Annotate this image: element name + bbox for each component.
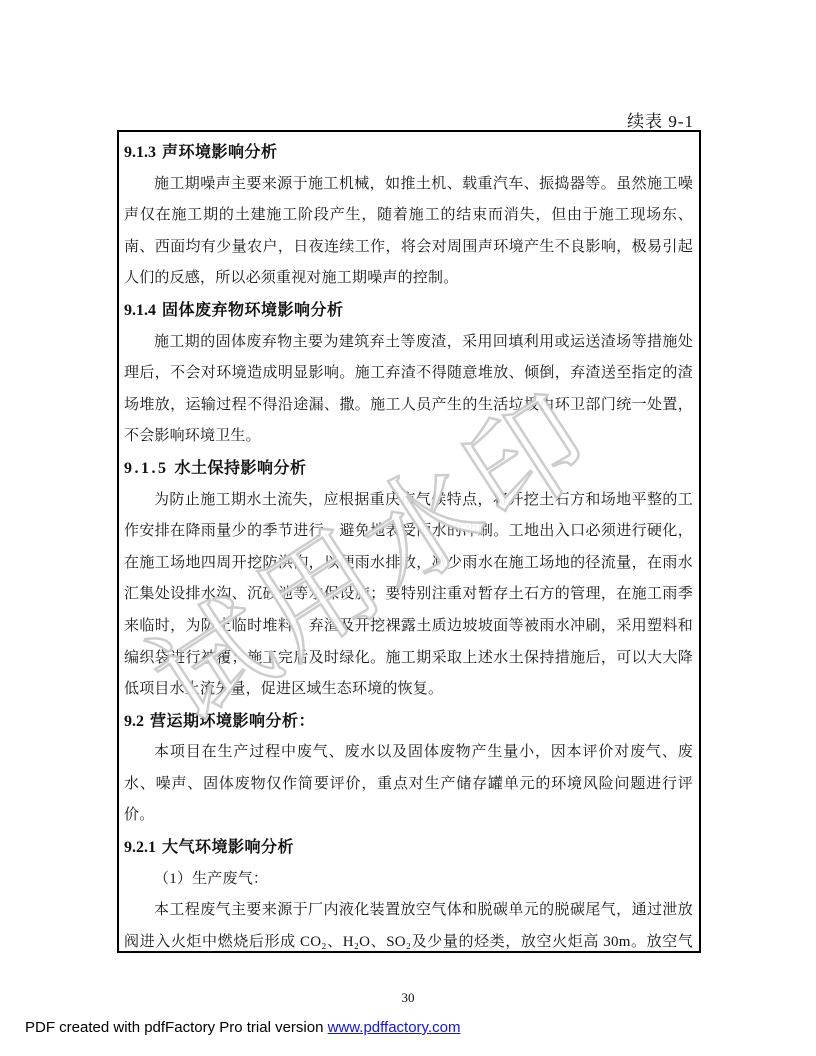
section-title: 大气环境影响分析 — [162, 839, 294, 856]
section-heading-9-1-4: 9.1.4固体废弃物环境影响分析 — [124, 295, 693, 327]
sub-item-label: （1）生产废气： — [124, 864, 693, 896]
section-title: 固体废弃物环境影响分析 — [162, 302, 344, 319]
paragraph: 本工程废气主要来源于厂内液化装置放空气体和脱碳单元的脱碳尾气，通过泄放阀进入火炬… — [124, 895, 693, 953]
pdf-footer: PDF created with pdfFactory Pro trial ve… — [25, 1019, 460, 1036]
paragraph: 施工期的固体废弃物主要为建筑弃土等废渣，采用回填利用或运送渣场等措施处理后，不会… — [124, 327, 693, 453]
section-heading-9-1-3: 9.1.3声环境影响分析 — [124, 137, 693, 169]
section-heading-9-2-1: 9.2.1大气环境影响分析 — [124, 832, 693, 864]
section-number: 9.2 — [124, 713, 144, 730]
paragraph: 本项目在生产过程中废气、废水以及固体废物产生量小，因本评价对废气、废水、噪声、固… — [124, 737, 693, 832]
paragraph: 为防止施工期水土流失，应根据重庆市气候特点，将开挖土石方和场地平整的工作安排在降… — [124, 485, 693, 706]
section-number: 9.2.1 — [124, 839, 156, 856]
section-heading-9-1-5: 9.1.5水土保持影响分析 — [124, 453, 693, 485]
footer-text: PDF created with pdfFactory Pro trial ve… — [25, 1019, 328, 1036]
section-number: 9.1.3 — [124, 144, 156, 161]
continuation-table-label: 续表 9-1 — [627, 107, 694, 132]
paragraph: 施工期噪声主要来源于施工机械，如推土机、载重汽车、振捣器等。虽然施工噪声仅在施工… — [124, 169, 693, 295]
section-title: 声环境影响分析 — [162, 144, 278, 161]
page-number: 30 — [402, 990, 415, 1006]
section-title: 营运期环境影响分析： — [150, 713, 315, 730]
section-heading-9-2: 9.2营运期环境影响分析： — [124, 706, 693, 738]
document-page: 续表 9-1 9.1.3声环境影响分析 施工期噪声主要来源于施工机械，如推土机、… — [0, 0, 816, 1056]
footer-link[interactable]: www.pdffactory.com — [328, 1019, 461, 1036]
section-number: 9.1.4 — [124, 302, 156, 319]
section-title: 水土保持影响分析 — [175, 460, 307, 477]
section-number: 9.1.5 — [124, 460, 169, 477]
report-content-box: 9.1.3声环境影响分析 施工期噪声主要来源于施工机械，如推土机、载重汽车、振捣… — [117, 130, 701, 953]
